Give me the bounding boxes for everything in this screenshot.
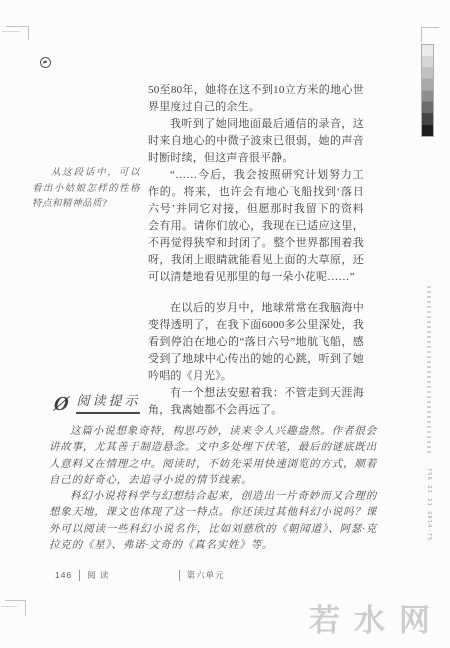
print-calibration-strip [421,44,434,137]
story-paragraph: “……今后，我会按照研究计划努力工作的。将来，也许会有地心飞船找到‘落日六号’并… [148,167,364,286]
reading-tips-title: 阅读提示 [76,390,140,414]
story-text: 50至80年，她将在这不到10立方米的地心世界里度过自己的余生。 我听到了她同地… [148,82,364,419]
story-paragraph: 我听到了她同地面最后通信的录音，这时来自地心的中微子波束已很弱，她的声音时断时续… [148,116,364,167]
page-footer: 146 阅 读 第六单元 [55,569,225,581]
story-paragraph: 50至80年，她将在这不到10立方米的地心世界里度过自己的余生。 [148,82,364,116]
tips-paragraph: 这篇小说想象奇特，构思巧妙，读来令人兴趣盎然。作者很会讲故事，尤其善于制造悬念。… [49,424,377,489]
crop-mark-top-left [6,26,29,40]
tips-paragraph: 科幻小说将科学与幻想结合起来，创造出一片奇妙而又合理的想象天地，课文也体现了这一… [49,489,377,554]
footer-section-label: 阅 读 [87,569,109,581]
page-number: 146 [55,570,72,580]
story-paragraph: 有一个想法安慰着我：不管走到天涯海角，我离她都不会再远了。 [148,385,364,419]
crop-mark-top-left-2 [2,31,20,33]
reading-tips-header: Ø 阅读提示 [54,390,140,414]
crop-mark-bottom-left-2 [1,606,17,608]
story-paragraph: 在以后的岁月中，地球常常在我脑海中变得透明了，在我下面6000多公里深处，我看到… [148,300,364,385]
margin-question: 从这段话中，可以看出小姑娘怎样的性格特点和精神品质? [32,166,140,213]
stamp-icon [40,57,51,68]
print-production-marks [427,286,431,456]
footer-divider [179,570,180,581]
textbook-page: 50至80年，她将在这不到10立方米的地心世界里度过自己的余生。 我听到了她同地… [0,0,450,648]
reading-tips-icon: Ø [53,394,70,414]
crop-mark-top-right [421,27,439,42]
reading-tips-body: 这篇小说想象奇特，构思巧妙，读来令人兴趣盎然。作者很会讲故事，尤其善于制造悬念。… [49,424,377,554]
watermark-text: 若水网 [309,595,444,640]
footer-unit-label: 第六单元 [187,569,225,581]
footer-divider [79,570,80,581]
print-production-code: 756 22 21 2014-75 [426,468,432,598]
crop-mark-bottom-left [5,600,26,616]
